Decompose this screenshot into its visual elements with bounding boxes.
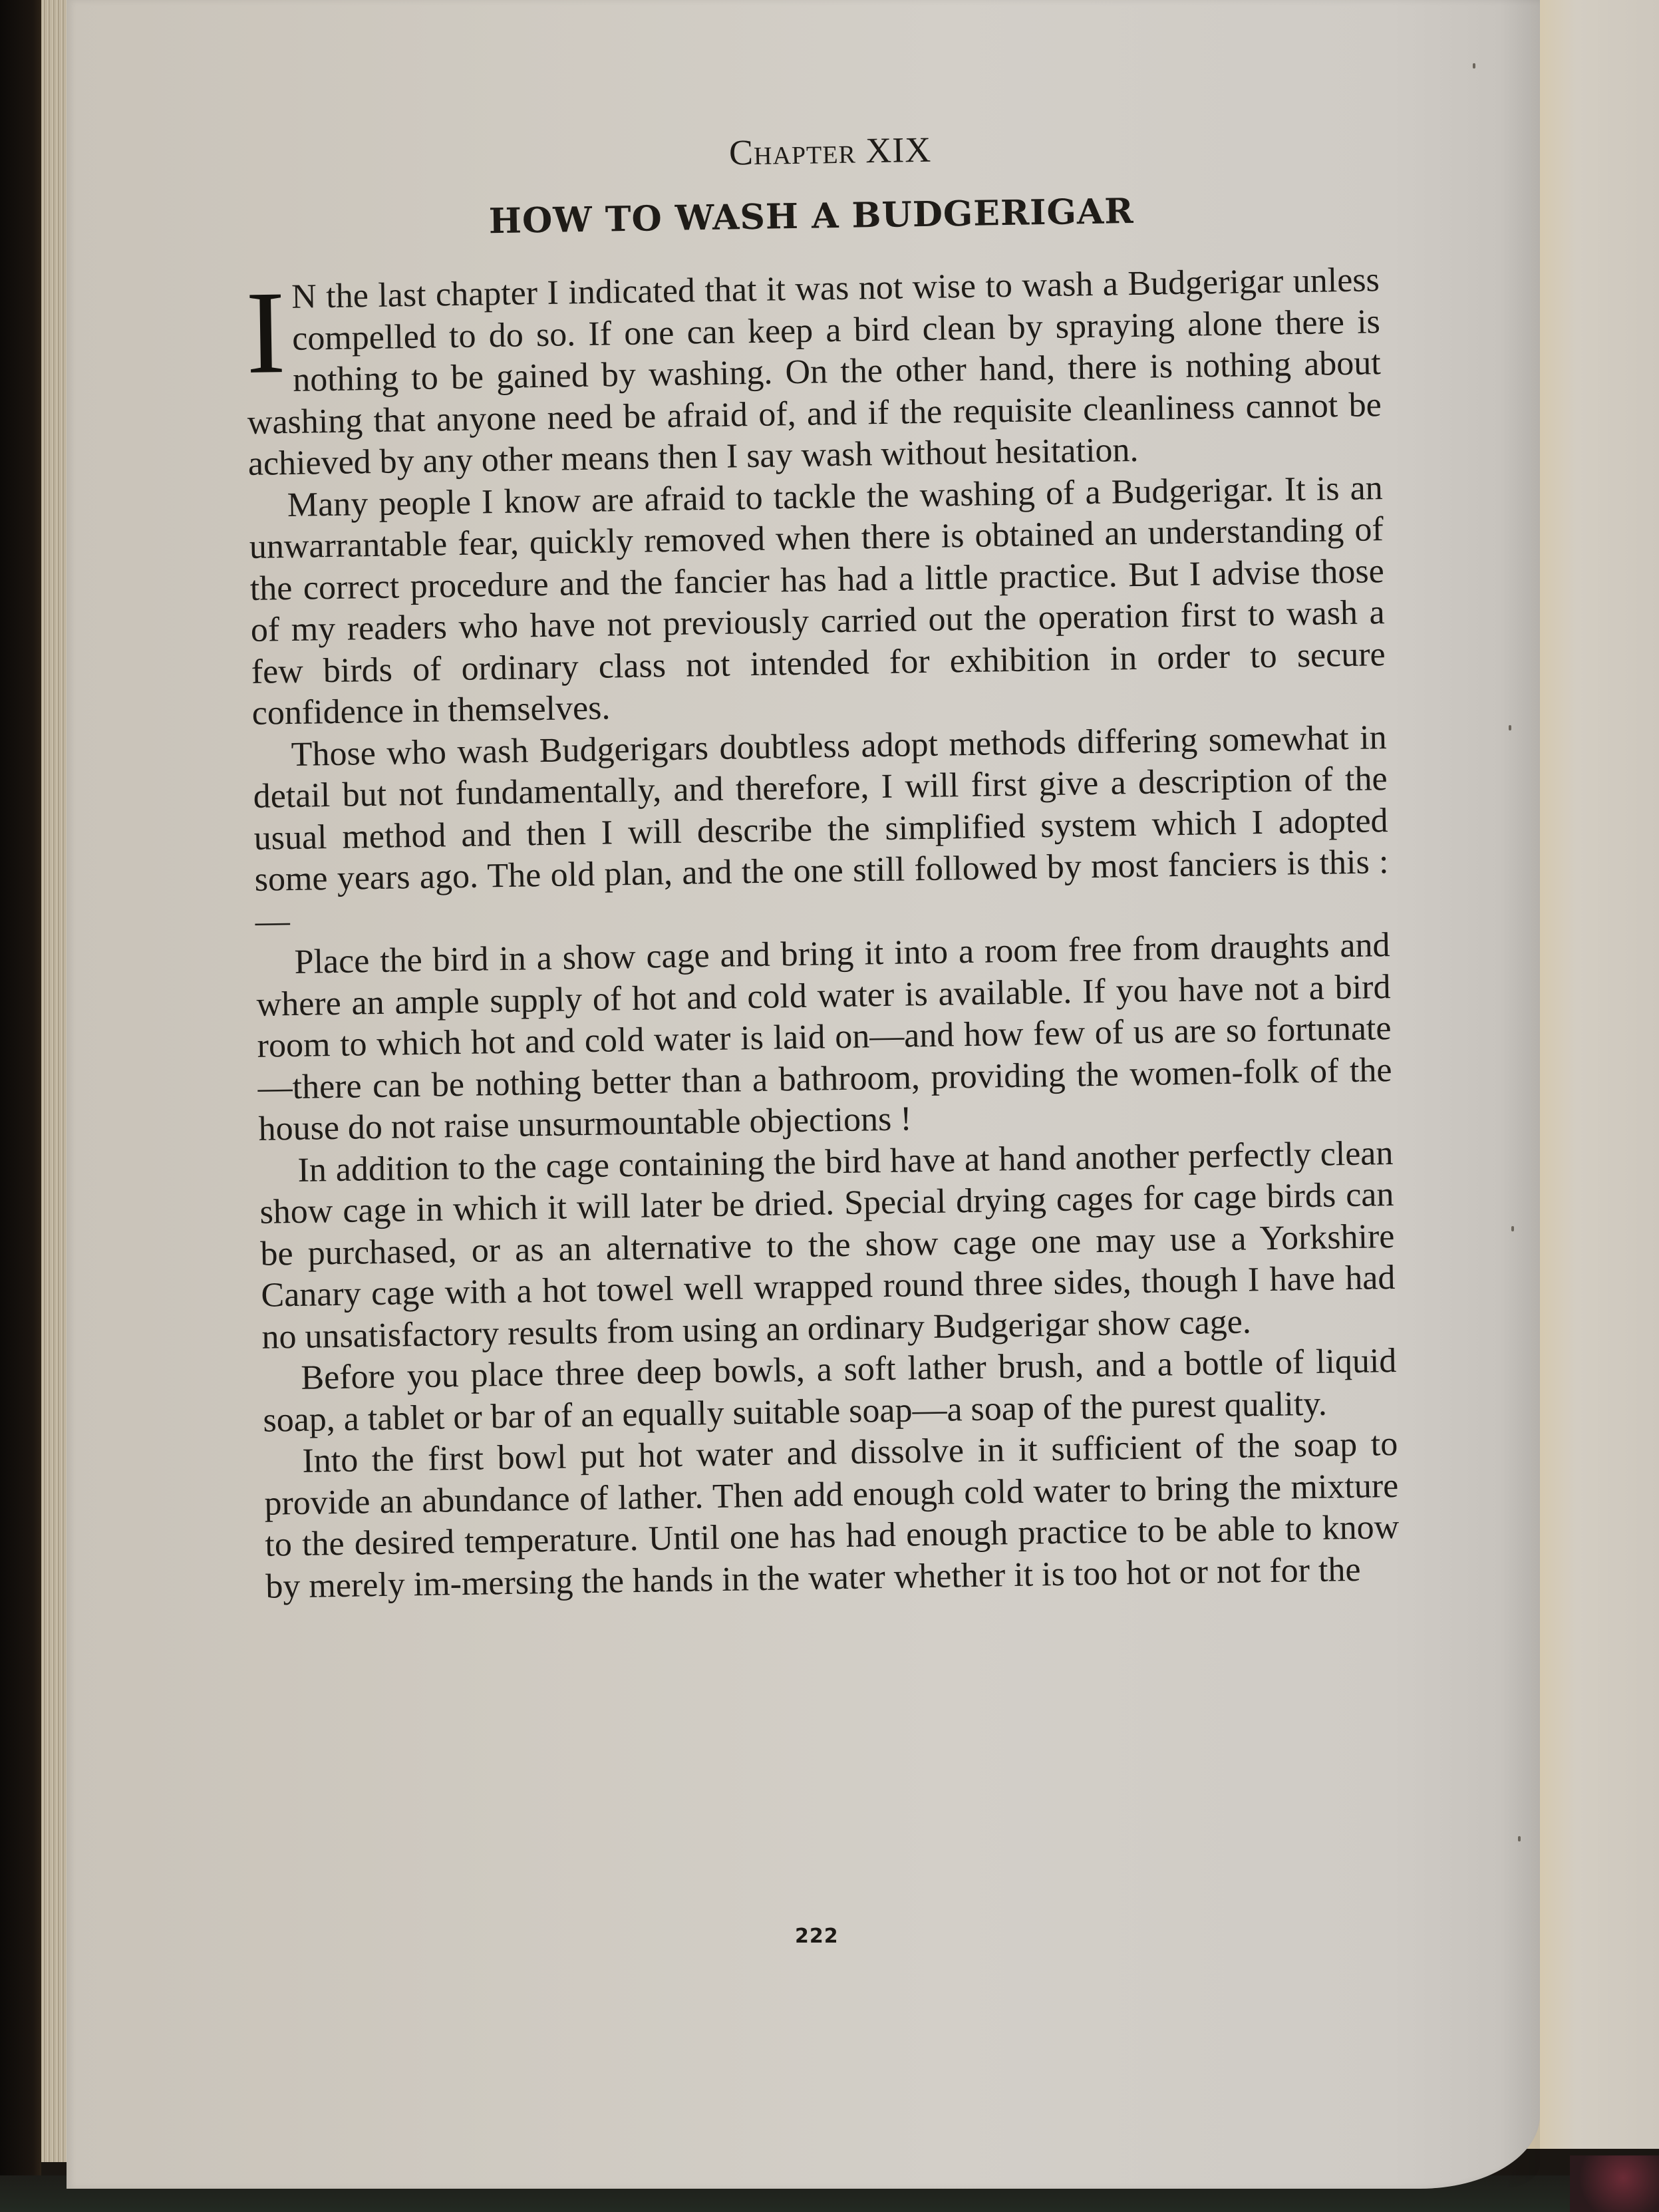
page-curl-shadow <box>1500 0 1540 2189</box>
paragraph-text: N the last chapter I indicated that it w… <box>247 261 1382 483</box>
paragraph-3: Those who wash Budgerigars doubtless ado… <box>252 717 1390 943</box>
paper-speck <box>1473 63 1475 69</box>
background-left <box>0 0 41 2212</box>
page-number: 222 <box>795 1925 839 1948</box>
page-text-block: Chapter XIX HOW TO WASH A BUDGERIGAR IN … <box>243 112 1400 1608</box>
book-cover-corner <box>1570 2155 1659 2212</box>
paragraph-4: Place the bird in a show cage and bring … <box>255 925 1393 1150</box>
paragraph-2: Many people I know are afraid to tackle … <box>248 468 1386 735</box>
chapter-label: Chapter XIX <box>243 122 1378 181</box>
paper-speck <box>1518 1836 1521 1841</box>
paper-speck <box>1509 725 1511 730</box>
paper-speck <box>1511 1226 1514 1231</box>
chapter-title: HOW TO WASH A BUDGERIGAR <box>244 187 1379 245</box>
paragraph-1: IN the last chapter I indicated that it … <box>245 259 1382 485</box>
drop-cap: I <box>245 282 287 383</box>
paragraph-5: In addition to the cage containing the b… <box>259 1133 1396 1358</box>
previous-page-edges <box>41 0 68 2162</box>
paragraph-7: Into the first bowl put hot water and di… <box>263 1424 1400 1608</box>
